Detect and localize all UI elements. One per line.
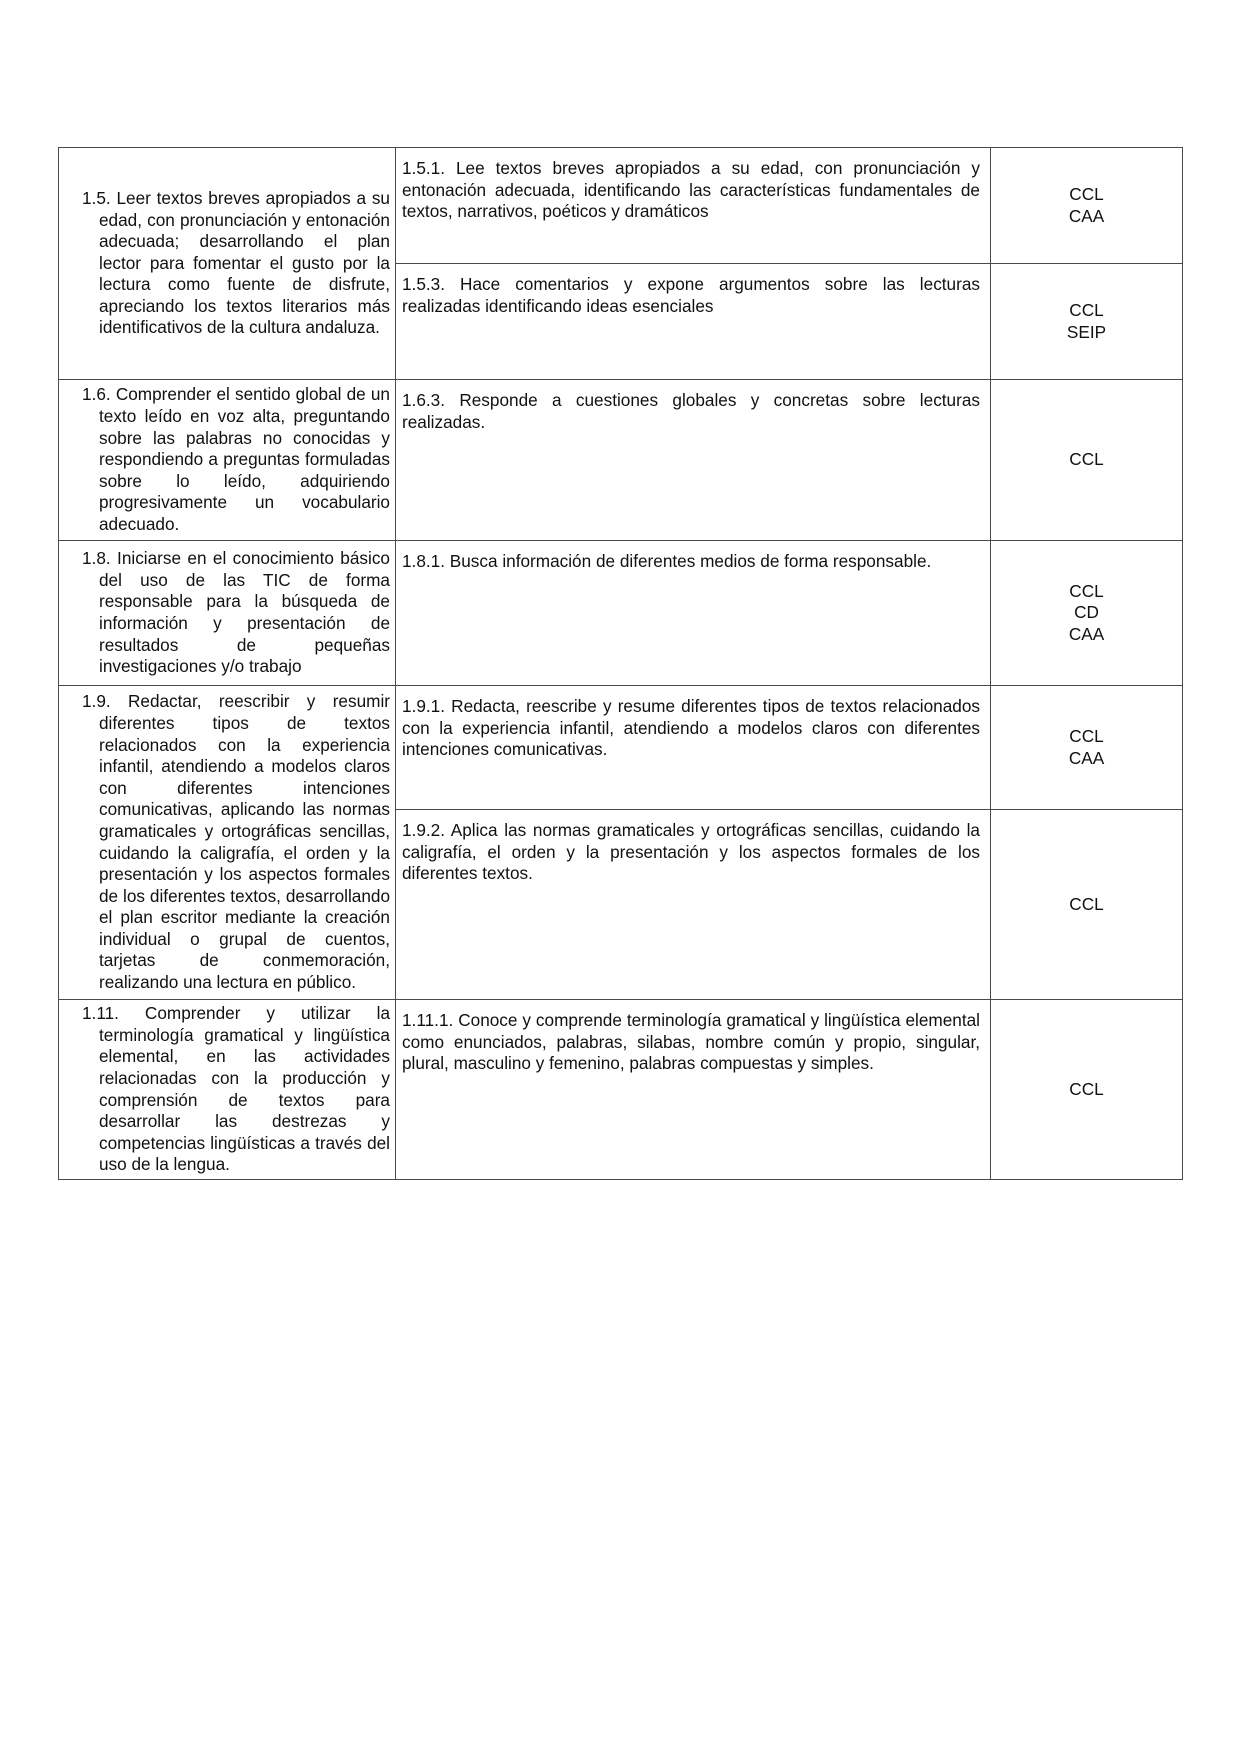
curriculum-table: 1.5. Leer textos breves apropiados a su …: [58, 147, 1183, 1180]
criterio-cell: 1.6. Comprender el sentido global de un …: [59, 380, 396, 541]
criterio-text: 1.9. Redactar, reescribir y resumir dife…: [59, 691, 395, 993]
table-row: 1.11. Comprender y utilizar la terminolo…: [59, 1000, 1183, 1180]
competencia-label: CCL: [991, 449, 1182, 471]
estandar-text: 1.5.1. Lee textos breves apropiados a su…: [396, 148, 990, 223]
estandar-cell: 1.5.3. Hace comentarios y expone argumen…: [396, 264, 991, 380]
document-page: 1.5. Leer textos breves apropiados a su …: [0, 0, 1241, 1755]
competencias-cell: CCL SEIP: [991, 264, 1183, 380]
estandar-text: 1.5.3. Hace comentarios y expone argumen…: [396, 264, 990, 317]
competencia-label: CAA: [991, 206, 1182, 228]
estandar-text: 1.9.1. Redacta, reescribe y resume difer…: [396, 686, 990, 761]
competencia-label: CCL: [991, 184, 1182, 206]
table-row: 1.5. Leer textos breves apropiados a su …: [59, 148, 1183, 264]
criterio-cell: 1.11. Comprender y utilizar la terminolo…: [59, 1000, 396, 1180]
competencia-label: CCL: [991, 300, 1182, 322]
competencias-cell: CCL CAA: [991, 686, 1183, 810]
competencias-cell: CCL: [991, 810, 1183, 1000]
curriculum-table-body: 1.5. Leer textos breves apropiados a su …: [59, 148, 1183, 1180]
competencia-label: CD: [991, 602, 1182, 624]
competencia-label: CCL: [991, 1079, 1182, 1101]
table-row: 1.6. Comprender el sentido global de un …: [59, 380, 1183, 541]
estandar-text: 1.6.3. Responde a cuestiones globales y …: [396, 380, 990, 433]
criterio-text: 1.5. Leer textos breves apropiados a su …: [59, 188, 395, 339]
estandar-cell: 1.9.2. Aplica las normas gramaticales y …: [396, 810, 991, 1000]
competencias-cell: CCL: [991, 1000, 1183, 1180]
competencias-cell: CCL CAA: [991, 148, 1183, 264]
competencia-label: CCL: [991, 726, 1182, 748]
competencias-cell: CCL: [991, 380, 1183, 541]
criterio-cell: 1.5. Leer textos breves apropiados a su …: [59, 148, 396, 380]
estandar-text: 1.8.1. Busca información de diferentes m…: [396, 541, 990, 573]
competencia-label: CCL: [991, 581, 1182, 603]
competencia-label: CCL: [991, 894, 1182, 916]
criterio-cell: 1.9. Redactar, reescribir y resumir dife…: [59, 686, 396, 1000]
estandar-text: 1.11.1. Conoce y comprende terminología …: [396, 1000, 990, 1075]
competencia-label: SEIP: [991, 322, 1182, 344]
competencia-label: CAA: [991, 624, 1182, 646]
estandar-cell: 1.6.3. Responde a cuestiones globales y …: [396, 380, 991, 541]
criterio-text: 1.6. Comprender el sentido global de un …: [59, 384, 395, 535]
estandar-text: 1.9.2. Aplica las normas gramaticales y …: [396, 810, 990, 885]
competencias-cell: CCL CD CAA: [991, 541, 1183, 686]
table-row: 1.8. Iniciarse en el conocimiento básico…: [59, 541, 1183, 686]
criterio-cell: 1.8. Iniciarse en el conocimiento básico…: [59, 541, 396, 686]
table-row: 1.9. Redactar, reescribir y resumir dife…: [59, 686, 1183, 810]
estandar-cell: 1.11.1. Conoce y comprende terminología …: [396, 1000, 991, 1180]
estandar-cell: 1.8.1. Busca información de diferentes m…: [396, 541, 991, 686]
criterio-text: 1.8. Iniciarse en el conocimiento básico…: [59, 548, 395, 678]
competencia-label: CAA: [991, 748, 1182, 770]
estandar-cell: 1.9.1. Redacta, reescribe y resume difer…: [396, 686, 991, 810]
estandar-cell: 1.5.1. Lee textos breves apropiados a su…: [396, 148, 991, 264]
criterio-text: 1.11. Comprender y utilizar la terminolo…: [59, 1003, 395, 1176]
